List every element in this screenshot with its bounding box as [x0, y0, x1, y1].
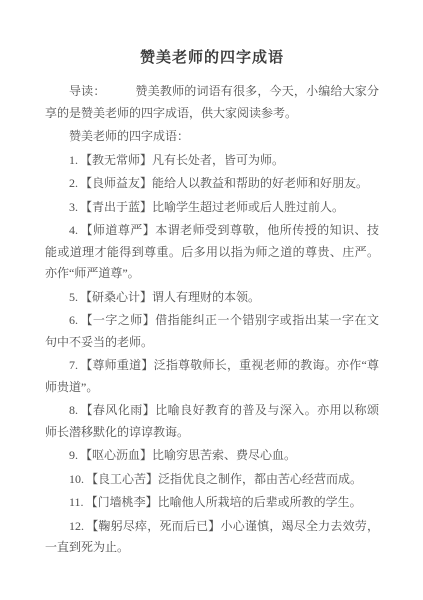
item-term: 【研桑心计】 — [80, 290, 152, 304]
intro-paragraph: 导读：赞美教师的词语有很多，今天，小编给大家分享的是赞美老师的四字成语，供大家阅… — [45, 81, 379, 124]
document-page: 赞美老师的四字成语 导读：赞美教师的词语有很多，今天，小编给大家分享的是赞美老师… — [0, 0, 423, 600]
item-number: 4. — [69, 223, 78, 237]
item-term: 【门墙桃李】 — [86, 495, 158, 509]
idiom-item-3: 3.【青出于蓝】比喻学生超过老师或后人胜过前人。 — [45, 197, 379, 219]
item-term: 【师道尊严】 — [80, 223, 155, 237]
idiom-item-9: 9.【呕心沥血】比喻穷思苦索、费尽心血。 — [45, 445, 379, 467]
item-number: 12. — [69, 519, 84, 533]
idiom-item-11: 11.【门墙桃李】比喻他人所栽培的后辈或所教的学生。 — [45, 492, 379, 514]
item-term: 【青出于蓝】 — [80, 200, 152, 214]
item-term: 【鞠躬尽瘁，死而后已】 — [86, 519, 221, 533]
item-number: 7. — [69, 358, 78, 372]
item-number: 9. — [69, 448, 78, 462]
item-number: 3. — [69, 200, 78, 214]
idiom-item-2: 2.【良师益友】能给人以教益和帮助的好老师和好朋友。 — [45, 173, 379, 195]
item-term: 【一字之师】 — [80, 313, 155, 327]
item-term: 【良工心苦】 — [86, 472, 158, 486]
item-term: 【呕心沥血】 — [80, 448, 152, 462]
item-definition: 谓人有理财的本领。 — [152, 290, 260, 304]
item-number: 10. — [69, 472, 84, 486]
idiom-item-10: 10.【良工心苦】泛指优良之制作，都由苦心经营而成。 — [45, 469, 379, 491]
item-definition: 泛指优良之制作，都由苦心经营而成。 — [158, 472, 362, 486]
item-definition: 比喻学生超过老师或后人胜过前人。 — [152, 200, 344, 214]
item-term: 【春风化雨】 — [80, 403, 155, 417]
item-term: 【教无常师】 — [80, 153, 152, 167]
item-definition: 凡有长处者，皆可为师。 — [152, 153, 284, 167]
page-title: 赞美老师的四字成语 — [45, 48, 379, 68]
item-definition: 比喻穷思苦索、费尽心血。 — [152, 448, 296, 462]
idiom-item-8: 8.【春风化雨】比喻良好教育的普及与深入。亦用以称颂师长潜移默化的谆谆教诲。 — [45, 400, 379, 443]
item-number: 6. — [69, 313, 78, 327]
item-number: 11. — [69, 495, 84, 509]
item-term: 【尊师重道】 — [80, 358, 154, 372]
item-definition: 能给人以教益和帮助的好老师和好朋友。 — [152, 176, 368, 190]
idiom-item-12: 12.【鞠躬尽瘁，死而后已】小心谨慎，竭尽全力去效劳，一直到死为止。 — [45, 516, 379, 559]
idiom-item-4: 4.【师道尊严】本谓老师受到尊敬，他所传授的知识、技能或道理才能得到尊重。后多用… — [45, 220, 379, 285]
idiom-item-5: 5.【研桑心计】谓人有理财的本领。 — [45, 287, 379, 309]
item-number: 8. — [69, 403, 78, 417]
intro-label: 导读： — [69, 84, 106, 98]
item-definition: 比喻他人所栽培的后辈或所教的学生。 — [158, 495, 362, 509]
item-number: 5. — [69, 290, 78, 304]
idiom-item-6: 6.【一字之师】借指能纠正一个错别字或指出某一字在文句中不妥当的老师。 — [45, 310, 379, 353]
section-heading: 赞美老师的四字成语： — [45, 126, 379, 148]
item-number: 2. — [69, 176, 78, 190]
item-number: 1. — [69, 153, 78, 167]
item-term: 【良师益友】 — [80, 176, 152, 190]
idiom-item-7: 7.【尊师重道】泛指尊敬师长，重视老师的教诲。亦作“尊师贵道”。 — [45, 355, 379, 398]
idiom-item-1: 1.【教无常师】凡有长处者，皆可为师。 — [45, 150, 379, 172]
